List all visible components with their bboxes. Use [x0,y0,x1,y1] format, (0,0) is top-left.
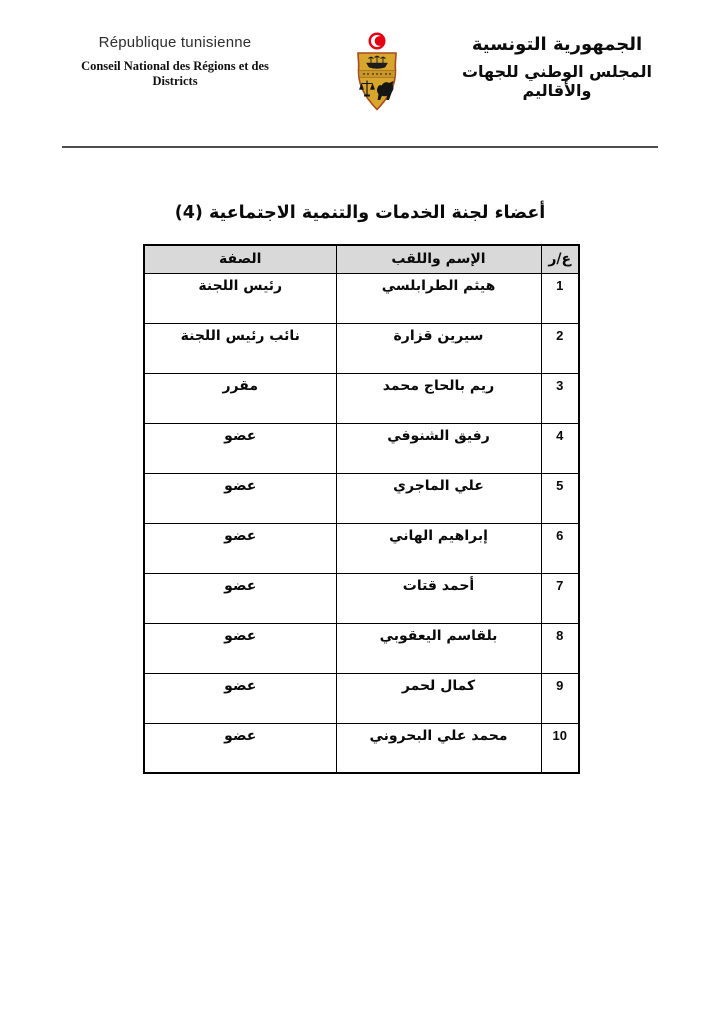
col-header-role: الصفة [144,245,336,273]
member-name: كمال لحمر [336,673,541,723]
table-row: 8 بلقاسم اليعقوبي عضو [144,623,579,673]
letterhead-arabic: الجمهورية التونسية المجلس الوطني للجهات … [452,34,662,100]
member-role: عضو [144,473,336,523]
member-role: رئيس اللجنة [144,273,336,323]
member-role: عضو [144,673,336,723]
republic-name-french: République tunisienne [62,34,288,51]
member-number: 8 [541,623,579,673]
member-name: أحمد قتات [336,573,541,623]
member-name: سيرين قزارة [336,323,541,373]
table-row: 10 محمد علي البحروني عضو [144,723,579,773]
member-number: 9 [541,673,579,723]
table-row: 4 رفيق الشنوفي عضو [144,423,579,473]
member-name: رفيق الشنوفي [336,423,541,473]
letterhead-french: République tunisienne Conseil National d… [62,34,288,89]
col-header-name: الإسم واللقب [336,245,541,273]
member-role: مقرر [144,373,336,423]
member-role: عضو [144,623,336,673]
member-number: 2 [541,323,579,373]
member-role: عضو [144,723,336,773]
council-name-french: Conseil National des Régions et des Dist… [62,59,288,89]
member-name: محمد علي البحروني [336,723,541,773]
member-number: 7 [541,573,579,623]
member-name: ريم بالحاج محمد [336,373,541,423]
member-number: 10 [541,723,579,773]
table-row: 3 ريم بالحاج محمد مقرر [144,373,579,423]
table-row: 5 علي الماجري عضو [144,473,579,523]
member-name: هيثم الطرابلسي [336,273,541,323]
member-name: بلقاسم اليعقوبي [336,623,541,673]
member-role: عضو [144,523,336,573]
document-page: République tunisienne Conseil National d… [0,0,720,1018]
member-number: 4 [541,423,579,473]
table-row: 1 هيثم الطرابلسي رئيس اللجنة [144,273,579,323]
table-row: 2 سيرين قزارة نائب رئيس اللجنة [144,323,579,373]
member-number: 1 [541,273,579,323]
member-number: 6 [541,523,579,573]
table-row: 9 كمال لحمر عضو [144,673,579,723]
republic-name-arabic: الجمهورية التونسية [452,34,662,55]
tunisia-coat-of-arms-icon [354,32,400,118]
member-role: عضو [144,423,336,473]
table-row: 6 إبراهيم الهاني عضو [144,523,579,573]
table-header-row: ع/ر الإسم واللقب الصفة [144,245,579,273]
member-name: إبراهيم الهاني [336,523,541,573]
page-title: أعضاء لجنة الخدمات والتنمية الاجتماعية (… [0,203,720,223]
table-row: 7 أحمد قتات عضو [144,573,579,623]
council-name-arabic: المجلس الوطني للجهات والأقاليم [452,62,662,100]
member-number: 5 [541,473,579,523]
member-number: 3 [541,373,579,423]
col-header-number: ع/ر [541,245,579,273]
letterhead-divider [62,146,658,148]
member-name: علي الماجري [336,473,541,523]
member-role: نائب رئيس اللجنة [144,323,336,373]
members-table: ع/ر الإسم واللقب الصفة 1 هيثم الطرابلسي … [143,244,580,774]
member-role: عضو [144,573,336,623]
